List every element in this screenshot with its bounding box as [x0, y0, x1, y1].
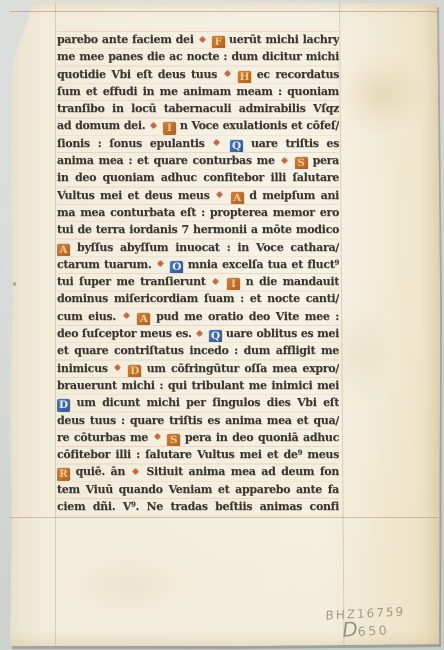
rubric-paragraph-mark [154, 433, 161, 440]
illuminated-initial: Q [209, 330, 222, 342]
text-run: ec recordatus [257, 68, 339, 81]
text-run: re cōturbas me [57, 431, 148, 444]
text-run: ciem dñi. V⁹. Ne tradas beſtiis animas c… [57, 500, 339, 513]
text-run: anima mea : et quare conturbas me [57, 154, 275, 167]
rubric-paragraph-mark [281, 157, 288, 164]
text-run: cum eius. [57, 310, 116, 323]
text-line: Vultus mei et deus meus A d meipſum ani [57, 187, 339, 204]
text-run: tranſibo in locū tabernaculi admirabilis… [57, 102, 339, 115]
illuminated-initial: F [212, 36, 225, 48]
text-run: pera in deo quoniā adhuc [185, 431, 339, 444]
text-line: in deo quoniam adhuc confitebor illi ſal… [57, 169, 339, 186]
rubric-paragraph-mark [132, 468, 139, 475]
rubric-paragraph-mark [199, 35, 206, 42]
text-run: et quare contriſtatus incedo : dum affli… [57, 344, 339, 357]
text-line: ſum et effudi in me animam meam : quonia… [57, 83, 339, 100]
shelfmark-d-letter: D [342, 617, 359, 642]
scanned-page-backdrop: parebo ante faciem dei F uerūt michi lac… [0, 0, 444, 650]
illuminated-initial: I [227, 278, 240, 290]
text-run: ad domum dei. [57, 119, 145, 132]
shelfmark-d-digits: 650 [357, 622, 389, 639]
illuminated-initial: A [57, 244, 70, 256]
text-run: ſum et effudi in me animam meam : quonia… [57, 85, 339, 98]
illuminated-initial: O [170, 261, 183, 273]
text-line: deo ſuſceptor meus es. Q uare oblitus es… [57, 325, 339, 342]
text-run: n Voce exulationis et cōfeſ/ [180, 119, 339, 132]
text-line: tui ſuper me tranſierunt I n die mandaui… [57, 273, 339, 290]
text-run: Vultus mei et deus meus [57, 189, 210, 202]
text-line: cōfitebor illi : ſalutare Vultus mei et … [57, 446, 339, 463]
illuminated-initial: A [231, 192, 244, 204]
text-run: in deo quoniam adhuc confitebor illi ſal… [57, 171, 339, 184]
text-run: deus tuus : quare triſtis es anima mea e… [57, 414, 339, 427]
text-line: anima mea : et quare conturbas me S pera [57, 152, 339, 169]
text-run: cōfitebor illi : ſalutare Vultus mei et … [57, 448, 339, 461]
text-line: me mee panes die ac nocte : dum dicitur … [57, 48, 339, 65]
text-line: A byſſus abyſſum inuocat : in Voce catha… [57, 239, 339, 256]
text-run: quotidie Vbi eſt deus tuus [57, 68, 217, 81]
text-line: D um dicunt michi per ſingulos dies Vbi … [57, 394, 339, 411]
rubric-paragraph-mark [157, 260, 164, 267]
text-run: uerūt michi lachry [229, 33, 339, 46]
illuminated-initial: S [167, 434, 180, 446]
text-line: deus tuus : quare triſtis es anima mea e… [57, 412, 339, 429]
rubric-paragraph-mark [212, 278, 219, 285]
illuminated-initial: R [57, 468, 70, 480]
text-run: tui de terra iordanis 7 hermonii a mōte … [57, 223, 339, 236]
illuminated-initial: A [137, 313, 150, 325]
text-line: ciem dñi. V⁹. Ne tradas beſtiis animas c… [57, 498, 339, 515]
text-run: Sitiuit anima mea ad deum fon [146, 465, 339, 478]
text-line: tui de terra iordanis 7 hermonii a mōte … [57, 221, 339, 238]
illuminated-initial: D [128, 365, 141, 377]
rubric-paragraph-mark [196, 330, 203, 337]
rubric-paragraph-mark [224, 70, 231, 77]
parchment-stain [40, 540, 220, 630]
text-line: cum eius. A pud me oratio deo Vite mee :… [57, 308, 339, 325]
illuminated-initial: D [57, 399, 70, 411]
text-run: brauerunt michi : qui tribulant me inimi… [57, 379, 339, 392]
text-line: brauerunt michi : qui tribulant me inimi… [57, 377, 339, 394]
illuminated-initial: Q [230, 140, 243, 152]
text-run: um dicunt michi per ſingulos dies Vbi eſ… [77, 396, 339, 409]
text-run: d meipſum ani [249, 189, 339, 202]
text-run: deo ſuſceptor meus es. [57, 327, 192, 340]
text-run: mnia excelſa tua et fluct⁹ [188, 258, 339, 271]
text-run: ma mea conturbata eſt : propterea memor … [57, 206, 339, 219]
text-line: inimicus D um cōfringūtur oſſa mea expro… [57, 360, 339, 377]
rubric-paragraph-mark [213, 139, 220, 146]
text-run: ſionis : ſonus epulantis [57, 137, 205, 150]
shelfmark-d-number: D650 [342, 613, 427, 641]
text-line: dominus miſericordiam ſuam : et nocte ca… [57, 290, 339, 307]
parchment-stain [336, 52, 428, 136]
edge-speck [12, 282, 17, 287]
text-run: n die mandauit [246, 275, 339, 288]
text-line: re cōturbas me S pera in deo quoniā adhu… [57, 429, 339, 446]
illuminated-initial: I [163, 122, 176, 134]
text-line: ad domum dei. I n Voce exulationis et cō… [57, 117, 339, 134]
illuminated-initial: H [238, 71, 251, 83]
text-run: ctarum tuarum. [57, 258, 151, 271]
text-run: um cōfringūtur oſſa mea expro/ [147, 362, 339, 375]
text-line: tem Viuū quando Veniam et apparebo ante … [57, 481, 339, 498]
text-run: uare oblitus es mei [226, 327, 339, 340]
text-line: quotidie Vbi eſt deus tuus H ec recordat… [57, 66, 339, 83]
text-line: et quare contriſtatus incedo : dum affli… [57, 342, 339, 359]
rubric-paragraph-mark [123, 312, 130, 319]
text-run: uare triſtis es [251, 137, 339, 150]
text-run: byſſus abyſſum inuocat : in Voce cathara… [77, 241, 339, 254]
pencil-shelfmark: BHZ16759 D650 [325, 603, 427, 642]
text-line: parebo ante faciem dei F uerūt michi lac… [57, 31, 339, 48]
text-run: pera [313, 154, 339, 167]
text-line: ſionis : ſonus epulantis Q uare triſtis … [57, 135, 339, 152]
rubric-paragraph-mark [216, 191, 223, 198]
text-block: parebo ante faciem dei F uerūt michi lac… [57, 31, 339, 517]
rubric-paragraph-mark [114, 364, 121, 371]
text-line: ma mea conturbata eſt : propterea memor … [57, 204, 339, 221]
text-run: parebo ante faciem dei [57, 33, 194, 46]
text-run: tem Viuū quando Veniam et apparebo ante … [57, 483, 339, 496]
text-line: R quiē. ān Sitiuit anima mea ad deum fon [57, 463, 339, 480]
text-run: dominus miſericordiam ſuam : et nocte ca… [57, 292, 339, 305]
text-run: tui ſuper me tranſierunt [57, 275, 206, 288]
text-line: ctarum tuarum. O mnia excelſa tua et flu… [57, 256, 339, 273]
text-run: me mee panes die ac nocte : dum dicitur … [57, 50, 339, 63]
illuminated-initial: S [295, 157, 308, 169]
text-run: inimicus [57, 362, 108, 375]
text-line: tranſibo in locū tabernaculi admirabilis… [57, 100, 339, 117]
rubric-paragraph-mark [150, 122, 157, 129]
text-run: quiē. ān [76, 465, 125, 478]
